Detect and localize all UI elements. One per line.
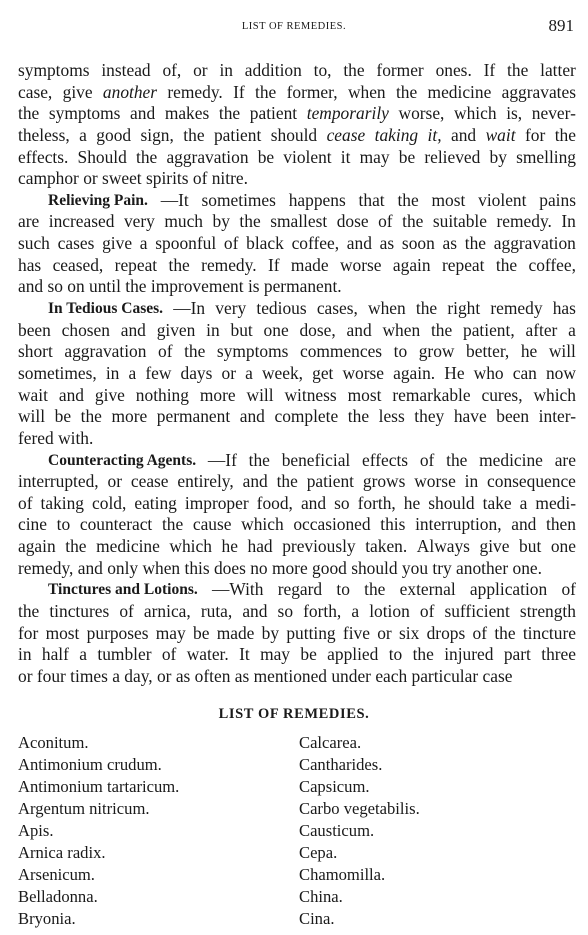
text-line: interrupted,orceaseentirely,andthepatien… [18,471,576,493]
text-line: sometimes,inafewdaysoraweek,getworseagai… [18,363,576,385]
remedy-item: Aconitum. [18,732,179,754]
remedy-item: China. [299,886,420,908]
text-line: and so on until the improvement is perma… [18,276,576,298]
text-line: willbethemorepermanentandcompletetheless… [18,406,576,428]
remedy-item: Cantharides. [299,754,420,776]
section-heading: Counteracting Agents. [48,450,196,472]
text-line: waitandgivenothingmorewillwitnessmostrem… [18,385,576,407]
remedy-item: Cina. [299,908,420,930]
text-line: beenchosenandgiveninbutonedose,andwhenth… [18,320,576,342]
remedy-item: Causticum. [299,820,420,842]
text-line: or four times a day, or as often as ment… [18,666,576,688]
text-line: effects.Shouldtheaggravationbeviolentitm… [18,147,576,169]
text-line: fered with. [18,428,576,450]
text-line: Tinctures and Lotions.—Withregardtotheex… [18,579,576,601]
page-header: LIST OF REMEDIES. 891 [0,16,588,40]
text-line: symptomsinsteadof,orinadditionto,theform… [18,60,576,82]
text-line: shortaggravationofthesymptomscommencesto… [18,341,576,363]
text-line: thesymptomsandmakesthepatienttemporarily… [18,103,576,125]
text-line: hasceased,repeattheremedy.Ifmadeworseaga… [18,255,576,277]
body-text: symptomsinsteadof,orinadditionto,theform… [18,60,576,688]
remedies-list-title: LIST OF REMEDIES. [0,706,588,723]
remedy-item: Antimonium tartaricum. [18,776,179,798]
remedy-item: Capsicum. [299,776,420,798]
text-line: inhalfatumblerofwater.Itmaybeappliedtoth… [18,644,576,666]
text-line: theless,agoodsign,thepatientshouldceaset… [18,125,576,147]
remedy-item: Argentum nitricum. [18,798,179,820]
remedy-item: Bryonia. [18,908,179,930]
running-title: LIST OF REMEDIES. [0,21,588,32]
text-line: remedy, and only when this does no more … [18,558,576,580]
text-line: Relieving Pain.—Itsometimeshappensthatth… [18,190,576,212]
remedy-item: Calcarea. [299,732,420,754]
text-line: areincreasedverymuchbythesmallestdoseoft… [18,211,576,233]
text-line: formostpurposesmaybemadebyputtingfiveors… [18,623,576,645]
remedies-list: LIST OF REMEDIES. Aconitum.Antimonium cr… [0,706,588,733]
text-line: againthemedicinewhichhehadpreviouslytake… [18,536,576,558]
remedy-item: Apis. [18,820,179,842]
remedy-item: Belladonna. [18,886,179,908]
remedy-item: Antimonium crudum. [18,754,179,776]
remedy-item: Carbo vegetabilis. [299,798,420,820]
remedy-item: Arsenicum. [18,864,179,886]
text-line: camphor or sweet spirits of nitre. [18,168,576,190]
remedies-right-column: Calcarea.Cantharides.Capsicum.Carbo vege… [299,732,420,930]
text-line: suchcasesgiveaspoonfulofblackcoffee,anda… [18,233,576,255]
remedies-left-column: Aconitum.Antimonium crudum.Antimonium ta… [18,732,179,930]
remedy-item: Cepa. [299,842,420,864]
section-heading: In Tedious Cases. [48,298,163,320]
text-line: In Tedious Cases.—Inverytediouscases,whe… [18,298,576,320]
section-heading: Tinctures and Lotions. [48,579,198,601]
text-line: cinetocounteractthecausewhichoccasionedt… [18,514,576,536]
text-line: case,giveanotherremedy.Iftheformer,whent… [18,82,576,104]
text-line: oftakingcold,eatingimproperfood,andsofor… [18,493,576,515]
section-heading: Relieving Pain. [48,190,148,212]
remedy-item: Arnica radix. [18,842,179,864]
page-number: 891 [549,16,575,36]
text-line: Counteracting Agents.—Ifthebeneficialeff… [18,450,576,472]
text-line: thetincturesofarnica,ruta,andsoforth,alo… [18,601,576,623]
remedy-item: Chamomilla. [299,864,420,886]
